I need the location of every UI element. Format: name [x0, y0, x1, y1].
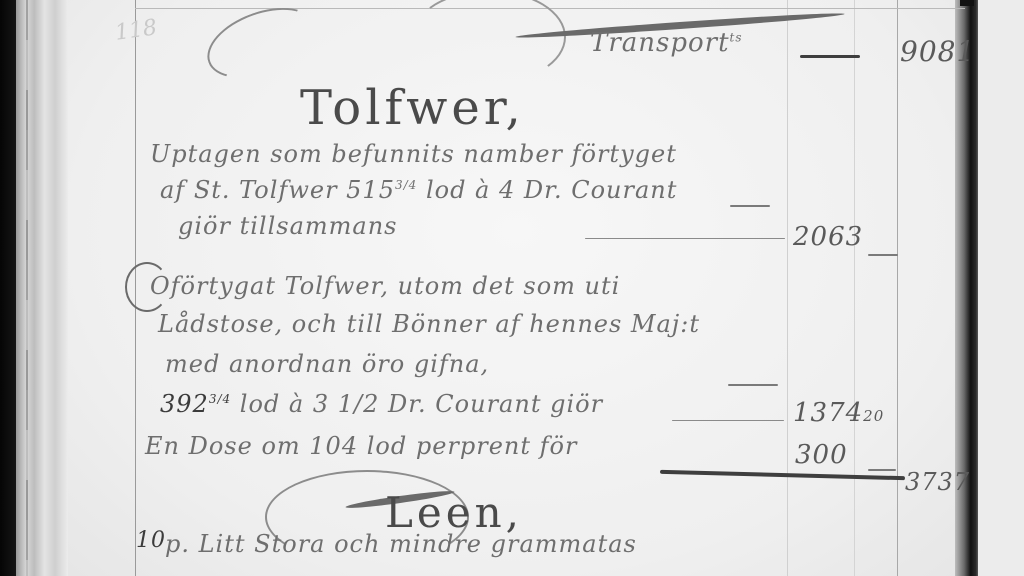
entry-2-line-1: Oförtygat Tolfwer, utom det som uti: [150, 272, 620, 300]
column-rule-1: [787, 0, 788, 576]
carry-label: Transportts: [590, 28, 743, 58]
entry-1-rate-dash: [730, 205, 770, 207]
page-corner-tab: [960, 0, 974, 6]
entry-3-line-1: En Dose om 104 lod perprent för: [145, 432, 577, 460]
entry-2-line-2: Lådstose, och till Bönner af hennes Maj:…: [158, 310, 700, 338]
carry-label-superscript: ts: [730, 30, 743, 44]
entry-1-line-1: Uptagen som befunnits namber förtyget: [150, 140, 677, 168]
entry-1-rate: lod à 4 Dr. Courant: [426, 176, 677, 204]
entry-2-rate: lod à 3 1/2 Dr. Courant giör: [240, 390, 603, 418]
entry-2-leader-line: [672, 420, 784, 421]
entry-1-fraction: 3/4: [395, 178, 417, 192]
entry-2-qty: 392: [160, 390, 209, 418]
page-stack-edge: [16, 0, 68, 576]
entry-4-line-1: p. Litt Stora och mindre grammatas: [165, 530, 637, 558]
entry-3-amount: 300: [795, 440, 848, 470]
entry-1-line-3: giör tillsammans: [178, 212, 397, 240]
entry-2-fraction: 3/4: [209, 392, 231, 406]
entry-2-amount-whole: 1374: [793, 398, 863, 428]
section-total-amount: 3737: [905, 468, 970, 496]
carry-label-text: Transport: [590, 28, 730, 58]
section-heading-silver: Tolfwer,: [300, 80, 525, 136]
entry-1-line-2: af St. Tolfwer 5153/4 lod à 4 Dr. Couran…: [160, 176, 677, 204]
entry-3-amount-dash: [868, 469, 896, 471]
entry-2-amount-fraction: 20: [863, 407, 884, 425]
entry-2-amount: 137420: [793, 398, 884, 428]
column-rule-2: [854, 0, 855, 576]
entry-1-leader-line: [585, 238, 785, 239]
entry-1-qty: af St. Tolfwer 515: [160, 176, 395, 204]
carry-dash: [800, 55, 860, 58]
next-page-strip: [978, 0, 1024, 576]
entry-1-amount-dash: [868, 254, 898, 256]
entry-4-prefix: 10: [136, 528, 166, 553]
column-rule-3: [897, 0, 898, 576]
entry-2-line-4: 3923/4 lod à 3 1/2 Dr. Courant giör: [160, 390, 603, 418]
entry-1-amount: 2063: [793, 222, 863, 252]
entry-2-line-dash: [728, 384, 778, 386]
entry-2-line-3: med anordnan öro gifna,: [165, 350, 489, 378]
carry-amount: 9081: [900, 35, 975, 68]
